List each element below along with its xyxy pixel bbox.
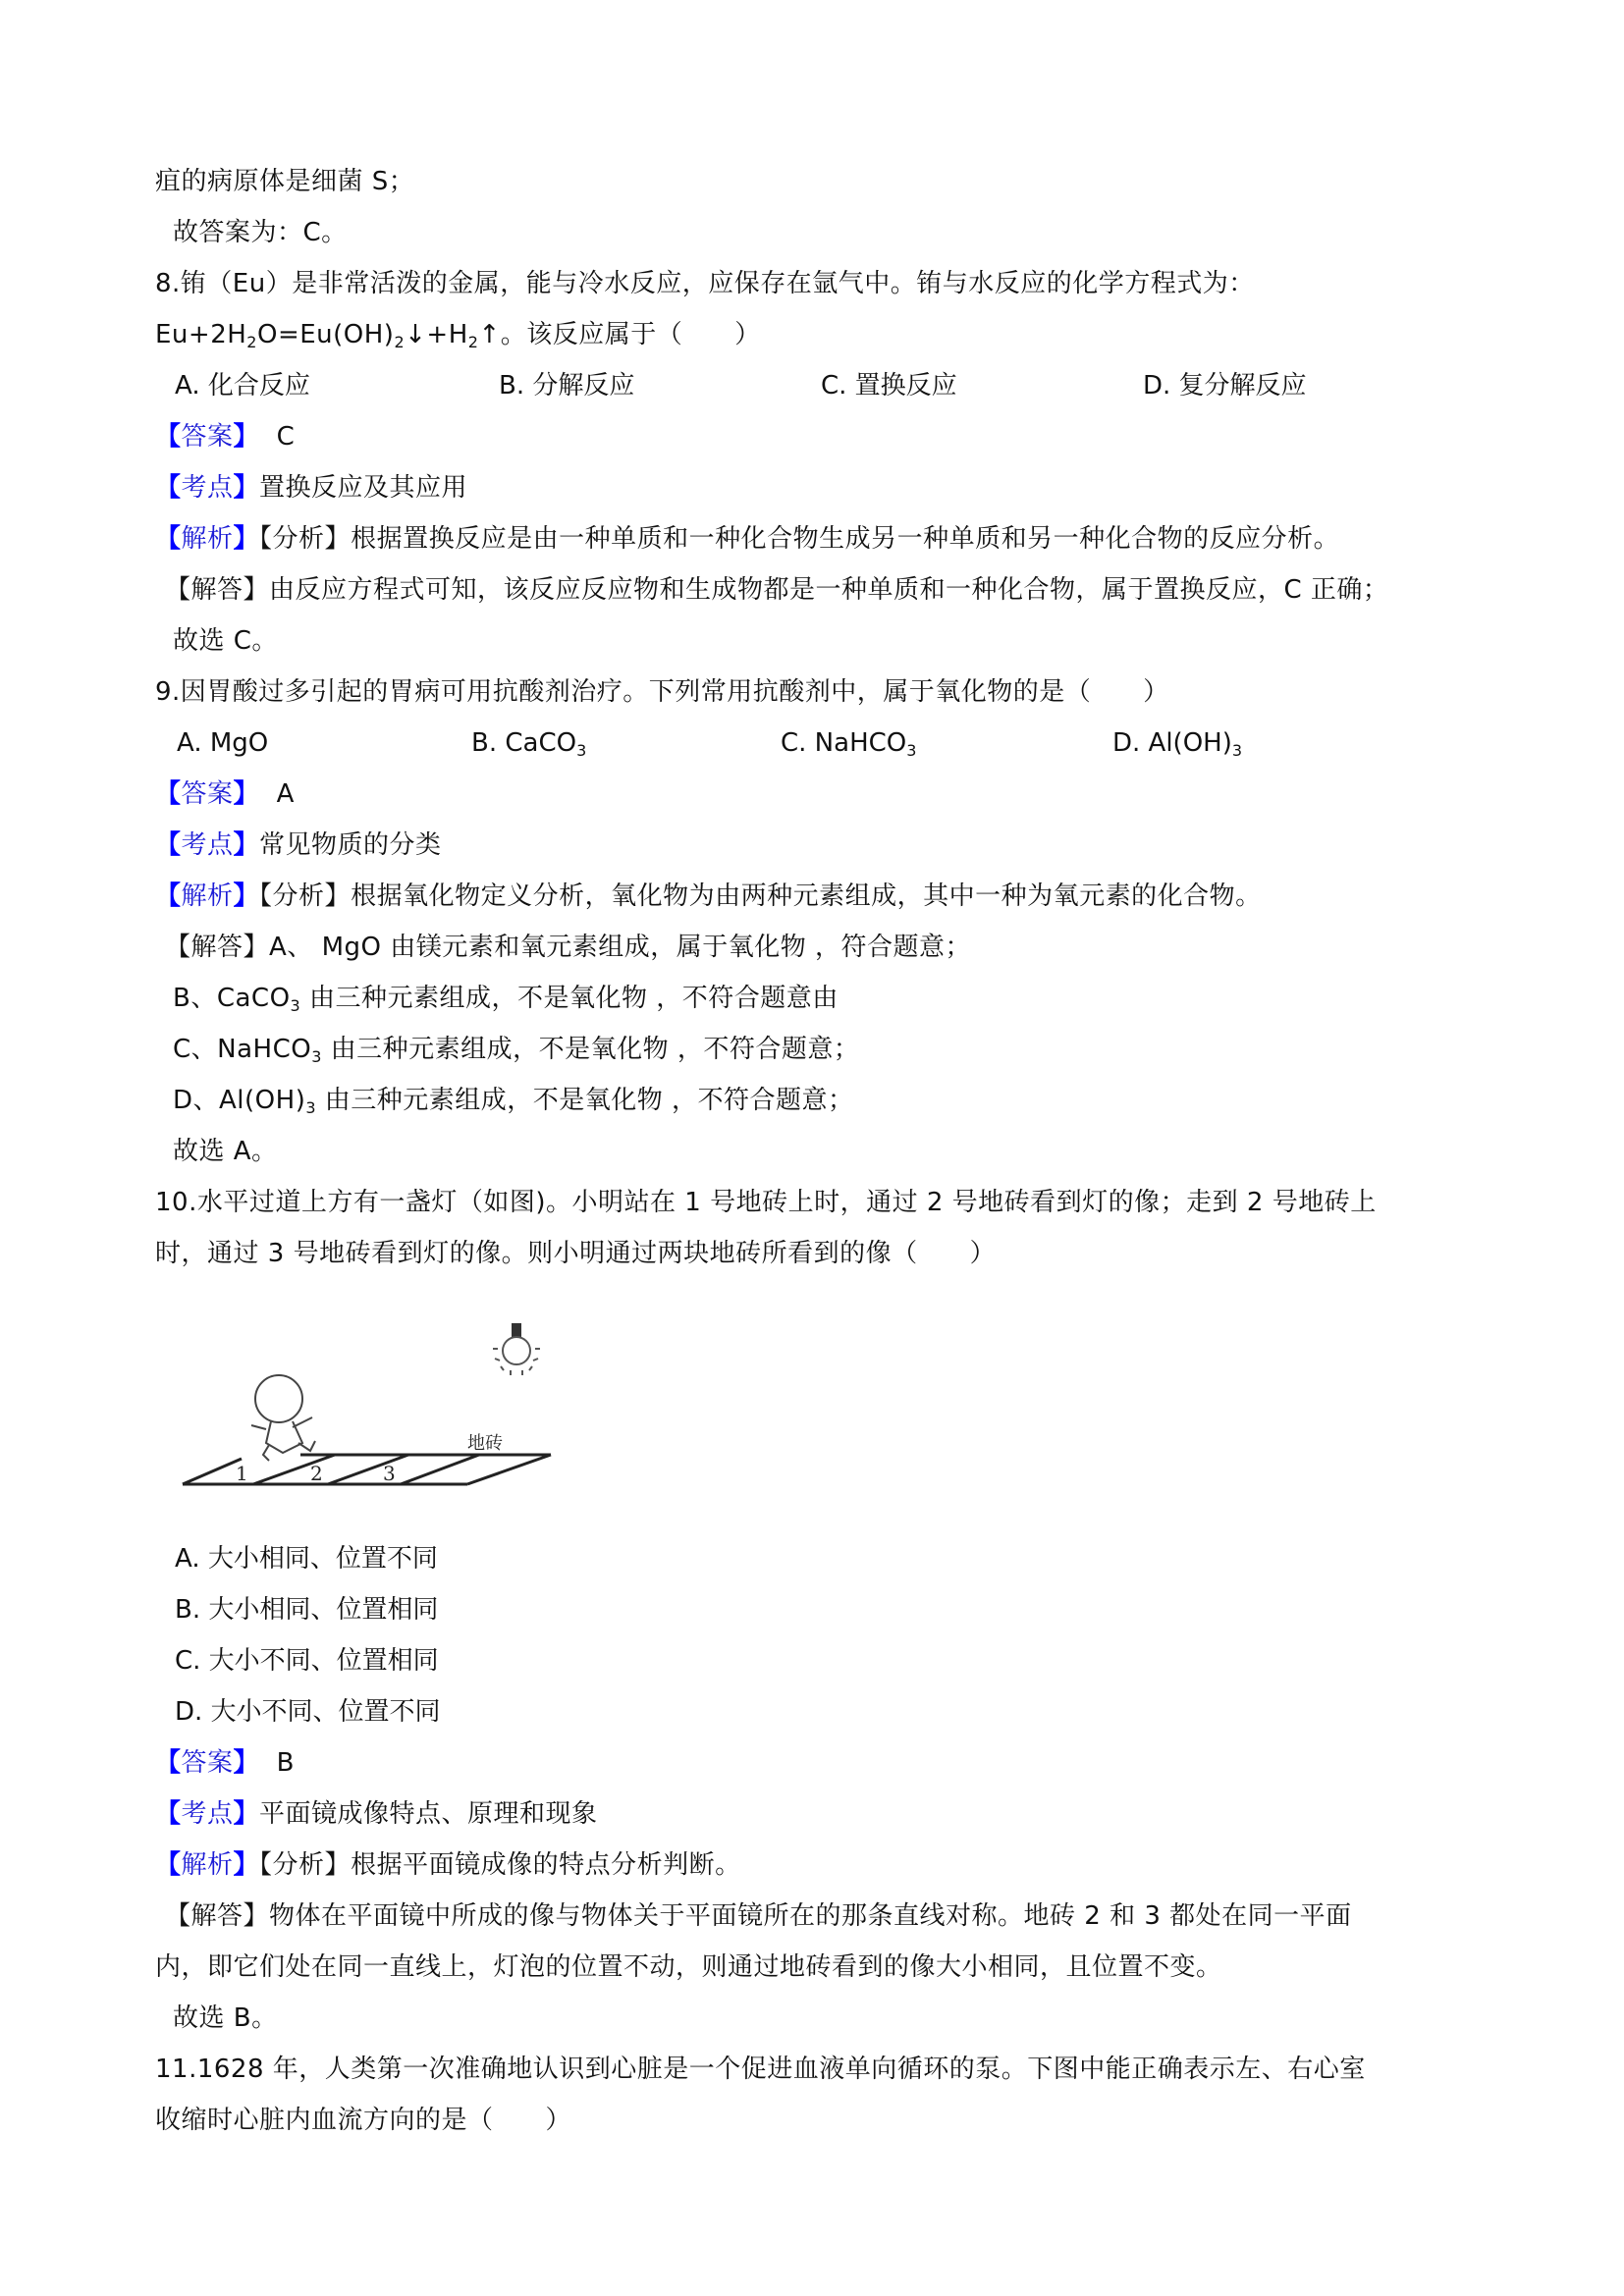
- eq-sub: 2: [394, 333, 405, 351]
- bracket: 【: [155, 779, 182, 809]
- option-text: D. Al(OH): [1112, 728, 1232, 758]
- q10-figure: 1 2 3 地砖: [173, 1306, 566, 1502]
- q9-stem: 9.因胃酸过多引起的胃病可用抗酸剂治疗。下列常用抗酸剂中，属于氧化物的是（ ）: [155, 675, 1169, 709]
- solution-text: C、NaHCO: [173, 1035, 311, 1064]
- q10-analysis: 【解析】【分析】根据平面镜成像的特点分析判断。: [155, 1848, 741, 1882]
- answer-label: 答案: [182, 1748, 234, 1778]
- q8-stem: 8.铕（Eu）是非常活泼的金属，能与冷水反应，应保存在氩气中。铕与水反应的化学方…: [155, 267, 1255, 300]
- option-sub: 3: [1232, 741, 1242, 760]
- point-label: 考点: [182, 473, 234, 503]
- tile-number-3: 3: [383, 1462, 396, 1485]
- continuation-answer: 故答案为：C。: [173, 216, 348, 249]
- q9-option-d: D. Al(OH)3: [1112, 726, 1242, 760]
- answer-value: A: [277, 779, 295, 809]
- option-text: A. MgO: [177, 728, 268, 758]
- bracket: 【: [155, 881, 182, 911]
- solution-text: A、 MgO 由镁元素和氧元素组成，属于氧化物 ，符合题意；: [269, 933, 971, 962]
- bracket: 【: [155, 1799, 182, 1829]
- hallway-tiles-illustration: 1 2 3 地砖: [173, 1306, 566, 1502]
- q9-answer: 【答案】 A: [155, 777, 295, 811]
- bracket: 】: [234, 1799, 260, 1829]
- q8-option-b: B. 分解反应: [499, 369, 634, 402]
- option-text: C. NaHCO: [781, 728, 906, 758]
- q10-stem-2: 时，通过 3 号地砖看到灯的像。则小明通过两块地砖所看到的像（ ）: [155, 1237, 996, 1270]
- solution-text: 由三种元素组成，不是氧化物 ，不符合题意；: [322, 1035, 860, 1064]
- tile-number-2: 2: [310, 1462, 323, 1485]
- boy-icon: [251, 1375, 315, 1461]
- analysis-text: 根据置换反应是由一种单质和一种化合物生成另一种单质和另一种化合物的反应分析。: [351, 524, 1339, 554]
- option-text: B. CaCO: [471, 728, 576, 758]
- solution-text: B、CaCO: [173, 984, 291, 1013]
- solution-label: 【解答】: [165, 1901, 269, 1931]
- q9-solution-c: C、NaHCO3 由三种元素组成，不是氧化物 ，不符合题意；: [173, 1033, 859, 1066]
- bracket: 】: [234, 1850, 260, 1880]
- analysis-sub-label: 【分析】: [259, 881, 351, 911]
- solution-label: 【解答】: [165, 933, 269, 962]
- point-value: 平面镜成像特点、原理和现象: [259, 1799, 598, 1829]
- q8-option-c: C. 置换反应: [821, 369, 957, 402]
- bracket: 】: [234, 779, 260, 809]
- q8-answer: 【答案】 C: [155, 420, 295, 454]
- q10-solution-2: 内，即它们处在同一直线上，灯泡的位置不动，则通过地砖看到的像大小相同，且位置不变…: [155, 1950, 1222, 1984]
- bracket: 【: [155, 524, 182, 554]
- q8-analysis: 【解析】【分析】根据置换反应是由一种单质和一种化合物生成另一种单质和另一种化合物…: [155, 522, 1339, 556]
- solution-text: 由三种元素组成，不是氧化物 ，不符合题意；: [316, 1086, 854, 1115]
- answer-value: C: [277, 422, 296, 452]
- q10-option-c: C. 大小不同、位置相同: [175, 1644, 439, 1678]
- q10-option-b: B. 大小相同、位置相同: [175, 1593, 438, 1627]
- solution-text: 由三种元素组成，不是氧化物 ，不符合题意由: [300, 984, 839, 1013]
- analysis-text: 根据氧化物定义分析，氧化物为由两种元素组成，其中一种为氧元素的化合物。: [351, 881, 1262, 911]
- eq-sub: 2: [468, 333, 479, 351]
- analysis-label: 解析: [182, 881, 234, 911]
- bracket: 】: [234, 473, 260, 503]
- analysis-label: 解析: [182, 1850, 234, 1880]
- tile-label: 地砖: [467, 1433, 503, 1454]
- option-sub: 3: [576, 741, 586, 760]
- bracket: 】: [234, 422, 260, 452]
- q9-conclusion: 故选 A。: [173, 1135, 278, 1168]
- bracket: 】: [234, 524, 260, 554]
- analysis-sub-label: 【分析】: [259, 524, 351, 554]
- q8-option-a: A. 化合反应: [175, 369, 310, 402]
- q10-point: 【考点】平面镜成像特点、原理和现象: [155, 1797, 598, 1831]
- q8-option-d: D. 复分解反应: [1143, 369, 1307, 402]
- q9-solution-a: 【解答】A、 MgO 由镁元素和氧元素组成，属于氧化物 ，符合题意；: [165, 931, 971, 964]
- bracket: 】: [234, 830, 260, 860]
- q10-answer: 【答案】 B: [155, 1746, 295, 1780]
- q9-option-b: B. CaCO3: [471, 726, 586, 760]
- eq-sub: 2: [246, 333, 257, 351]
- answer-label: 答案: [182, 422, 234, 452]
- solution-sub: 3: [291, 996, 301, 1015]
- option-sub: 3: [906, 741, 916, 760]
- bracket: 【: [155, 473, 182, 503]
- q9-analysis: 【解析】【分析】根据氧化物定义分析，氧化物为由两种元素组成，其中一种为氧元素的化…: [155, 880, 1262, 913]
- analysis-sub-label: 【分析】: [259, 1850, 351, 1880]
- solution-text: D、Al(OH): [173, 1086, 305, 1115]
- q8-equation: Eu+2H2O=Eu(OH)2↓+H2↑。该反应属于（ ）: [155, 318, 761, 351]
- point-label: 考点: [182, 1799, 234, 1829]
- q9-solution-d: D、Al(OH)3 由三种元素组成，不是氧化物 ，不符合题意；: [173, 1084, 854, 1117]
- q9-solution-b: B、CaCO3 由三种元素组成，不是氧化物 ，不符合题意由: [173, 982, 839, 1015]
- eq-part: Eu+2H: [155, 320, 246, 349]
- q10-option-a: A. 大小相同、位置不同: [175, 1542, 438, 1575]
- solution-sub: 3: [311, 1047, 322, 1066]
- solution-text: 由反应方程式可知，该反应反应物和生成物都是一种单质和一种化合物，属于置换反应，C…: [269, 575, 1388, 605]
- q10-conclusion: 故选 B。: [173, 2002, 278, 2035]
- q9-point: 【考点】常见物质的分类: [155, 828, 442, 862]
- point-value: 常见物质的分类: [259, 830, 442, 860]
- bracket: 【: [155, 422, 182, 452]
- light-bulb-icon: [493, 1323, 540, 1375]
- bracket: 】: [234, 1748, 260, 1778]
- analysis-label: 解析: [182, 524, 234, 554]
- solution-label: 【解答】: [165, 575, 269, 605]
- point-value: 置换反应及其应用: [259, 473, 467, 503]
- q9-option-a: A. MgO: [177, 726, 268, 760]
- q8-point: 【考点】置换反应及其应用: [155, 471, 467, 505]
- continuation-line: 疽的病原体是细菌 S；: [155, 165, 414, 198]
- q10-solution-1: 【解答】物体在平面镜中所成的像与物体关于平面镜所在的那条直线对称。地砖 2 和 …: [165, 1899, 1352, 1933]
- q10-option-d: D. 大小不同、位置不同: [175, 1695, 441, 1729]
- eq-part: ↑。该反应属于（ ）: [478, 320, 760, 349]
- eq-part: ↓+H: [405, 320, 468, 349]
- bracket: 【: [155, 1748, 182, 1778]
- bracket: 【: [155, 1850, 182, 1880]
- q8-solution: 【解答】由反应方程式可知，该反应反应物和生成物都是一种单质和一种化合物，属于置换…: [165, 573, 1388, 607]
- answer-value: B: [277, 1748, 295, 1778]
- q11-stem-2: 收缩时心脏内血流方向的是（ ）: [155, 2104, 571, 2137]
- q11-stem-1: 11.1628 年，人类第一次准确地认识到心脏是一个促进血液单向循环的泵。下图中…: [155, 2053, 1366, 2086]
- tile-number-1: 1: [236, 1462, 248, 1485]
- q9-option-c: C. NaHCO3: [781, 726, 916, 760]
- bracket: 【: [155, 830, 182, 860]
- answer-label: 答案: [182, 779, 234, 809]
- q10-stem-1: 10.水平过道上方有一盏灯（如图)。小明站在 1 号地砖上时，通过 2 号地砖看…: [155, 1186, 1377, 1219]
- analysis-text: 根据平面镜成像的特点分析判断。: [351, 1850, 741, 1880]
- solution-text: 物体在平面镜中所成的像与物体关于平面镜所在的那条直线对称。地砖 2 和 3 都处…: [269, 1901, 1352, 1931]
- q8-conclusion: 故选 C。: [173, 624, 278, 658]
- point-label: 考点: [182, 830, 234, 860]
- bracket: 】: [234, 881, 260, 911]
- eq-part: O=Eu(OH): [257, 320, 394, 349]
- solution-sub: 3: [305, 1098, 316, 1117]
